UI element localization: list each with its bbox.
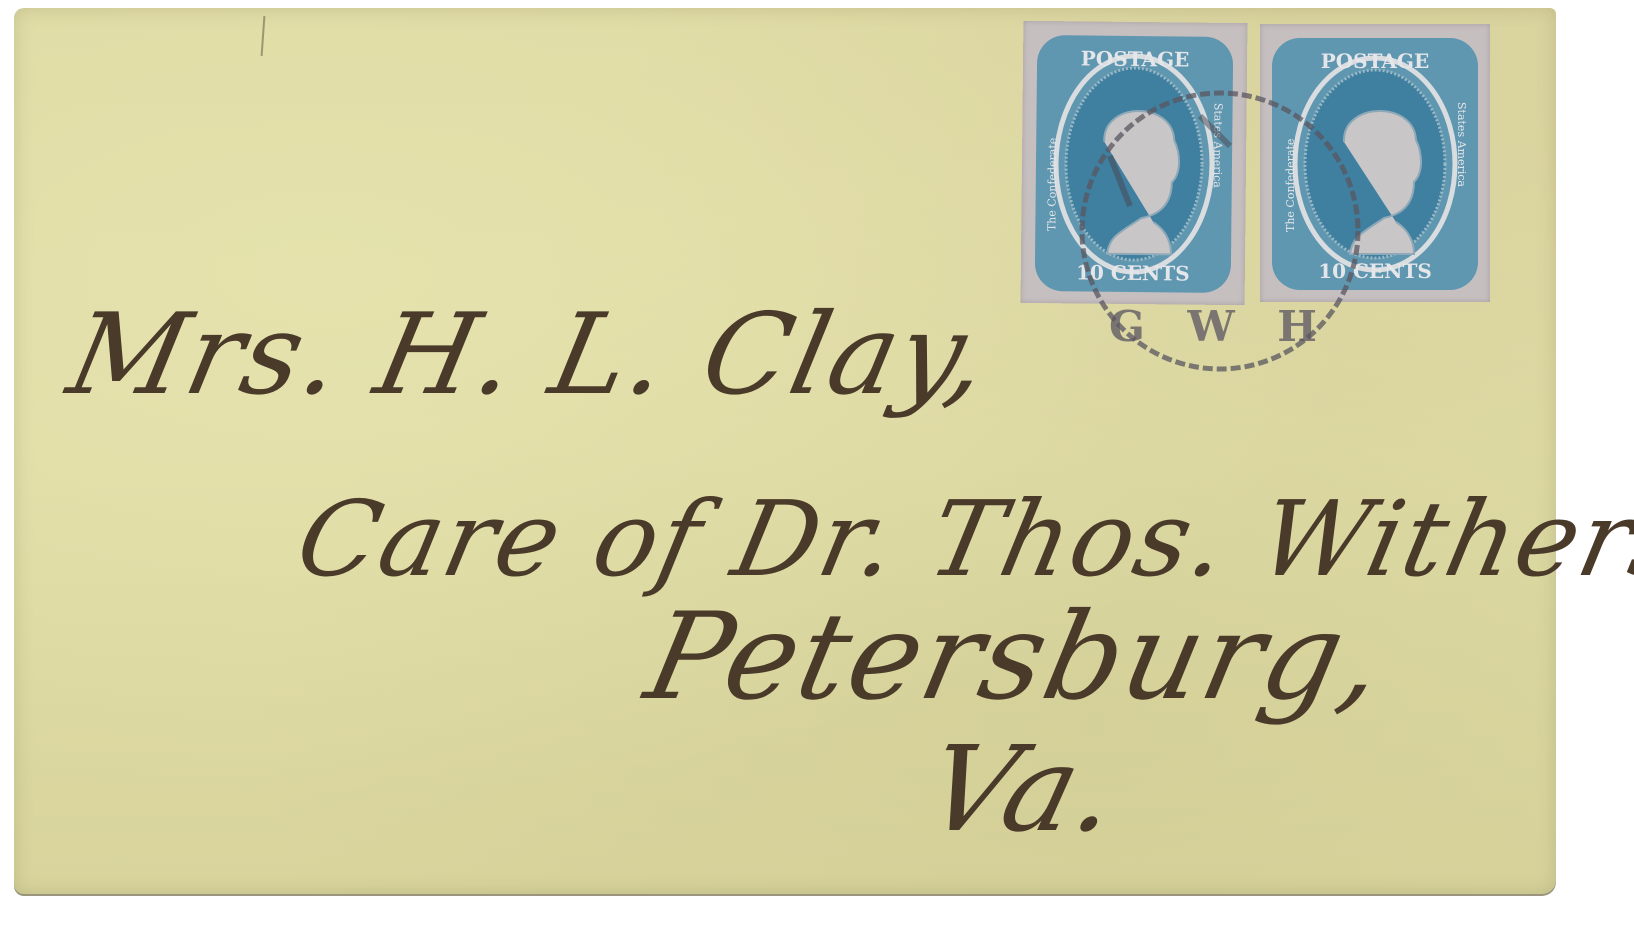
address-city: Petersburg,	[635, 588, 1398, 727]
address-recipient-name: Mrs. H. L. Clay,	[58, 290, 1001, 420]
svg-text:States America: States America	[1211, 103, 1225, 189]
svg-text:10 CENTS: 10 CENTS	[1076, 260, 1190, 285]
address-care-of: Care of Dr. Thos. Withers,	[287, 478, 1634, 600]
stamp-engraving-icon: POSTAGE 10 CENTS The Confederate States …	[1260, 24, 1490, 302]
address-state: Va.	[913, 720, 1136, 858]
svg-text:POSTAGE: POSTAGE	[1321, 49, 1430, 73]
svg-text:10 CENTS: 10 CENTS	[1318, 259, 1432, 283]
stamp-10-cents-left: POSTAGE 10 CENTS The Confederate States …	[1021, 21, 1248, 305]
stamp-engraving-icon: POSTAGE 10 CENTS The Confederate States …	[1021, 21, 1248, 305]
svg-text:States America: States America	[1455, 102, 1468, 187]
svg-text:The Confederate: The Confederate	[1045, 138, 1059, 232]
paper-crease	[261, 16, 266, 56]
svg-text:The Confederate: The Confederate	[1284, 139, 1297, 232]
svg-text:POSTAGE: POSTAGE	[1081, 46, 1190, 71]
stamp-10-cents-right: POSTAGE 10 CENTS The Confederate States …	[1260, 24, 1490, 302]
